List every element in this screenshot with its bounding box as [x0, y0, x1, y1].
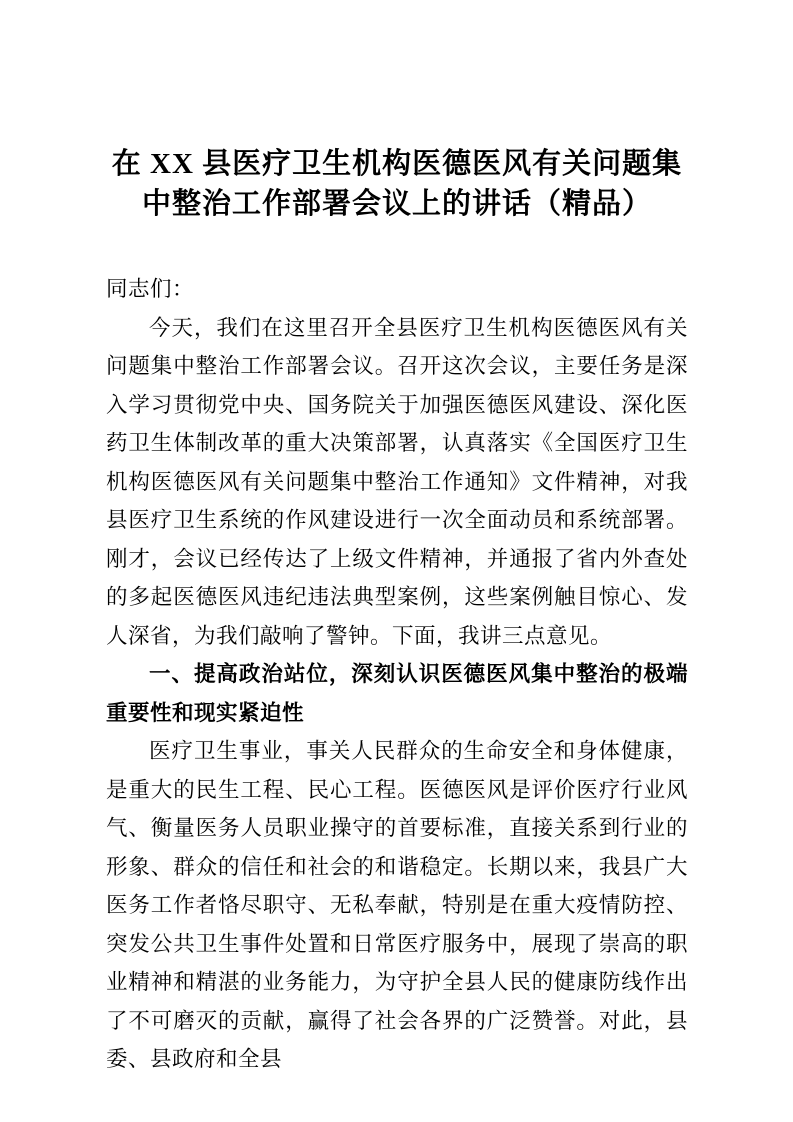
document-page: 在 XX 县医疗卫生机构医德医风有关问题集中整治工作部署会议上的讲话（精品） 同…	[0, 0, 793, 1122]
salutation-paragraph: 同志们：	[106, 270, 688, 309]
document-title: 在 XX 县医疗卫生机构医德医风有关问题集中整治工作部署会议上的讲话（精品）	[106, 144, 688, 224]
body-paragraph-2: 医疗卫生事业，事关人民群众的生命安全和身体健康，是重大的民生工程、民心工程。医德…	[106, 732, 688, 1079]
body-paragraph-1: 今天，我们在这里召开全县医疗卫生机构医德医风有关问题集中整治工作部署会议。召开这…	[106, 309, 688, 656]
section-heading-1: 一、提高政治站位，深刻认识医德医风集中整治的极端重要性和现实紧迫性	[106, 655, 688, 732]
